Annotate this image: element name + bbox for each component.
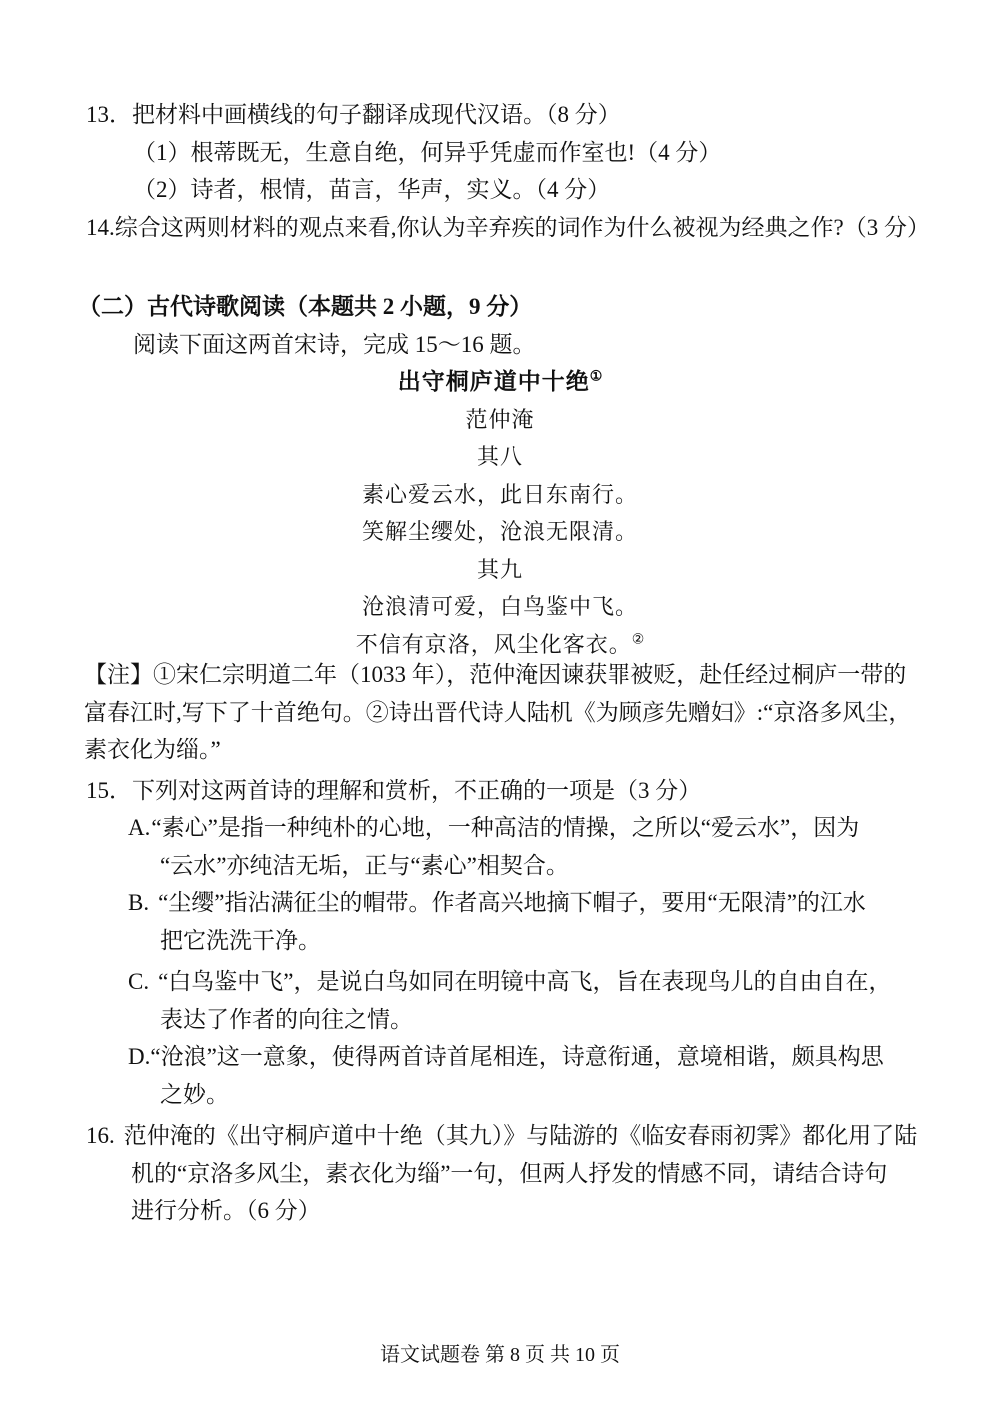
poem-line-note-ref: ② <box>632 632 645 647</box>
question-15-stem-line: 15．下列对这两首诗的理解和赏析，不正确的一项是（3 分） <box>0 772 1000 810</box>
poem-part-2-label: 其九 <box>0 551 1000 589</box>
question-14-stem: 综合这两则材料的观点来看,你认为辛弃疾的词作为什么被视为经典之作?（3 分） <box>115 215 930 240</box>
question-16-line-3: 进行分析。（6 分） <box>0 1192 1000 1230</box>
poem-note-line-2: 富春江时,写下了十首绝句。②诗出晋代诗人陆机《为顾彦先赠妇》:“京洛多风尘， <box>0 694 1000 732</box>
section-2-intro: 阅读下面这两首宋诗，完成 15～16 题。 <box>0 326 1000 364</box>
option-d-text: “沧浪”这一意象，使得两首诗首尾相连，诗意衔通，意境相谐，颇具构思 <box>150 1044 883 1069</box>
option-c-label: C. <box>128 963 149 1001</box>
question-15-number: 15． <box>86 772 132 810</box>
poem-part-1-label: 其八 <box>0 438 1000 476</box>
question-13-number: 13． <box>86 96 132 134</box>
option-a-label: A. <box>128 809 150 847</box>
poem-part-2-line-2: 不信有京洛，风尘化客衣。 <box>356 632 632 657</box>
poem-note-line-1: 【注】①宋仁宗明道二年（1033 年），范仲淹因谏获罪被贬，赴任经过桐庐一带的 <box>0 656 1000 694</box>
option-d-label: D. <box>128 1038 150 1076</box>
option-c-text: “白鸟鉴中飞”，是说白鸟如同在明镜中高飞，旨在表现鸟儿的自由自在， <box>158 969 891 994</box>
page-footer: 语文试题卷 第 8 页 共 10 页 <box>0 1341 1000 1369</box>
option-a-text: “素心”是指一种纯朴的心地，一种高洁的情操，之所以“爱云水”，因为 <box>151 815 859 840</box>
option-d-line-2: 之妙。 <box>0 1076 1000 1114</box>
option-a-line-2: “云水”亦纯洁无垢，正与“素心”相契合。 <box>0 847 1000 885</box>
question-14-stem-line: 14.综合这两则材料的观点来看,你认为辛弃疾的词作为什么被视为经典之作?（3 分… <box>0 209 1000 247</box>
poem-title-line: 出守桐庐道中十绝① <box>0 363 1000 401</box>
option-b-line-1: B.“尘缨”指沾满征尘的帽带。作者高兴地摘下帽子，要用“无限清”的江水 <box>0 884 1000 922</box>
option-b-line-2: 把它洗洗干净。 <box>0 922 1000 960</box>
option-c-line-2: 表达了作者的向往之情。 <box>0 1001 1000 1039</box>
poem-part-1-line-1: 素心爱云水，此日东南行。 <box>0 476 1000 514</box>
question-13-stem-line: 13．把材料中画横线的句子翻译成现代汉语。（8 分） <box>0 96 1000 134</box>
option-a-line-1: A.“素心”是指一种纯朴的心地，一种高洁的情操，之所以“爱云水”，因为 <box>0 809 1000 847</box>
option-b-text: “尘缨”指沾满征尘的帽带。作者高兴地摘下帽子，要用“无限清”的江水 <box>158 890 866 915</box>
question-16-number: 16. <box>86 1117 115 1155</box>
question-16-text: 范仲淹的《出守桐庐道中十绝（其九）》与陆游的《临安春雨初霁》都化用了陆 <box>124 1123 918 1148</box>
question-14-number: 14. <box>86 209 115 247</box>
poem-part-2-line-1: 沧浪清可爱，白鸟鉴中飞。 <box>0 588 1000 626</box>
section-2-heading: （二）古代诗歌阅读（本题共 2 小题，9 分） <box>0 288 1000 326</box>
option-c-line-1: C.“白鸟鉴中飞”，是说白鸟如同在明镜中高飞，旨在表现鸟儿的自由自在， <box>0 963 1000 1001</box>
poem-title-note-ref: ① <box>590 369 603 384</box>
question-15-stem: 下列对这两首诗的理解和赏析，不正确的一项是（3 分） <box>132 778 701 803</box>
option-d-line-1: D.“沧浪”这一意象，使得两首诗首尾相连，诗意衔通，意境相谐，颇具构思 <box>0 1038 1000 1076</box>
exam-content: 13．把材料中画横线的句子翻译成现代汉语。（8 分） （1）根蒂既无，生意自绝，… <box>0 96 1000 1230</box>
question-16-line-1: 16.范仲淹的《出守桐庐道中十绝（其九）》与陆游的《临安春雨初霁》都化用了陆 <box>0 1117 1000 1155</box>
exam-page: 13．把材料中画横线的句子翻译成现代汉语。（8 分） （1）根蒂既无，生意自绝，… <box>0 0 1000 1412</box>
poem-note-line-3: 素衣化为缁。” <box>0 731 1000 769</box>
poem-title: 出守桐庐道中十绝 <box>398 369 590 394</box>
question-16-line-2: 机的“京洛多风尘，素衣化为缁”一句，但两人抒发的情感不同，请结合诗句 <box>0 1155 1000 1193</box>
question-13-sub-1: （1）根蒂既无，生意自绝，何异乎凭虚而作室也!（4 分） <box>0 134 1000 172</box>
option-b-label: B. <box>128 884 149 922</box>
poem-part-1-line-2: 笑解尘缨处，沧浪无限清。 <box>0 513 1000 551</box>
question-13-sub-2: （2）诗者，根情，苗言，华声，实义。（4 分） <box>0 171 1000 209</box>
question-13-stem: 把材料中画横线的句子翻译成现代汉语。（8 分） <box>132 102 621 127</box>
poem-author: 范仲淹 <box>0 401 1000 439</box>
